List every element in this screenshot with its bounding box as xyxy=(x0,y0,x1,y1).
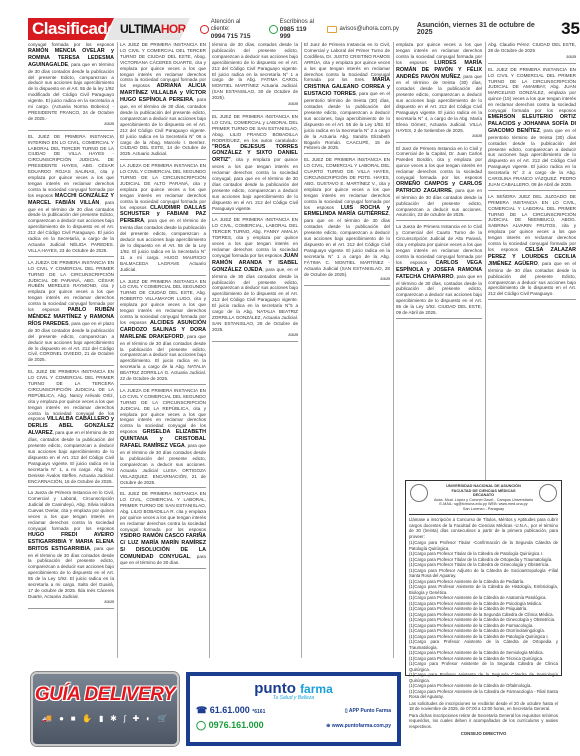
legal-notice: LA JUEZA DE PRIMERA INSTANCIA EN LO CIVI… xyxy=(120,163,206,275)
whatsapp-phone: 0985 119 999 xyxy=(280,26,318,40)
email-contact: avisos@uhora.com.py xyxy=(327,26,398,33)
shopping-bag-icon: ▮ xyxy=(99,714,103,723)
notice-text: , para que en el término de 30 días cont… xyxy=(28,546,114,599)
guia-delivery-ad[interactable]: GUÍA DELIVERY 🚚●■✋▮✱∫✚◐🛒 xyxy=(31,672,179,746)
institution-contact: E-MAIL: sg@fcmuna.edu.py WEB: www.med.un… xyxy=(433,502,534,507)
punto-farma-row-2: ◯ 0976.161.000 ⊕ www.puntofarma.com.py xyxy=(190,720,397,731)
notice-text: LA JUEZ DE PRIMERA INSTANCIA EN LO CIVIL… xyxy=(212,217,298,257)
notice-text: EL JUEZ DE PRIMERA INSTANCIA EN LO CIVIL… xyxy=(304,157,390,209)
notice-text: , para que en el término de 30 días, con… xyxy=(28,430,114,483)
notice-text: LA SEÑORA JUEZ DEL JUZGADO DE PRIMERA IN… xyxy=(488,194,576,252)
whatsapp-icon xyxy=(269,25,278,34)
notice-text: , para que en el término de 30 días cont… xyxy=(120,334,206,381)
delivery-ad-title: GUÍA DELIVERY xyxy=(33,684,177,706)
inscription-requirements: Para dichas inscripciones retirar de Sec… xyxy=(409,713,558,730)
logo-part-hora: HORA xyxy=(161,22,194,36)
position-item: (1)Cargo para Profesor Asistente de la C… xyxy=(409,689,558,700)
mail-icon xyxy=(327,26,337,33)
legal-notice: EL JUEZ DE PRIMERA INSTANCIA INTERINO EN… xyxy=(28,134,114,257)
app-label: APP Punto Farma xyxy=(349,708,391,714)
whatsapp-label: Escríbinos al xyxy=(280,19,318,26)
legal-notice: LA JUEZ DE PRIMERA INSTANCIA EN LO CIVIL… xyxy=(120,279,206,385)
position-item: (1)Cargo para Profesor Asistente de la C… xyxy=(409,617,558,623)
column-divider xyxy=(301,42,302,658)
notice-text: , para que en el plazo de 30 días contad… xyxy=(28,321,114,362)
column-1: conyugal formada por los esposos RAMÓN M… xyxy=(28,42,114,658)
institution-city: San Lorenzo - Paraguay xyxy=(433,507,534,512)
punto-farma-website: ⊕ www.puntofarma.com.py xyxy=(326,723,391,729)
position-item: (1)Cargo para Profesor Asistente de la C… xyxy=(409,628,558,634)
bag-icon: ■ xyxy=(71,714,76,723)
inscription-dates: Las solicitudes de inscripciones se reci… xyxy=(409,701,558,712)
notice-code: 2/3/25 xyxy=(28,122,114,128)
legal-notice: Abg. Claudio Pérez. CIUDAD DEL ESTE, 28 … xyxy=(488,42,576,64)
legal-notice: EL JUEZ DE PRIMERA INSTANCIA EN LO CIVIL… xyxy=(304,157,390,286)
column-divider xyxy=(209,42,210,658)
punto-farma-row-1: ☎ 61.61.000 *6161 ▯ APP Punto Farma xyxy=(190,705,397,716)
notice-text: EL JUEZ DE PRIMERA INSTANCIA EN LO CIVIL… xyxy=(120,491,206,531)
punto-farma-phone: ☎ 61.61.000 *6161 xyxy=(196,705,265,716)
legal-notice: EL JUEZ DE PRIMERA INSTANCIA EN LO CIVIL… xyxy=(212,114,298,215)
column-divider xyxy=(393,42,394,658)
brand-slogan: Tu Salud y Belleza xyxy=(190,695,397,701)
legal-notice: emplaza por quince veces a los que tenga… xyxy=(396,42,482,143)
notice-text: término de 30 días, contados desde la pu… xyxy=(212,42,298,100)
stethoscope-icon: ∫ xyxy=(124,714,126,723)
column-4: El Juez de Primera Instancia en lo Civil… xyxy=(304,42,390,658)
legal-notice: El Juez de Primera Instancia en lo Civil… xyxy=(396,146,482,222)
column-2: LA JUEZ DE PRIMERA INSTANCIA EN LO CIVIL… xyxy=(120,42,206,658)
notice-text: , para que en el término de 30 días cont… xyxy=(304,211,390,276)
notice-text: EL JUEZ DE PRIMERA INSTANCIA EN LO CIVIL… xyxy=(212,114,298,143)
column-divider xyxy=(117,42,118,658)
newspaper-logo: ULTIMAHORA xyxy=(106,18,190,40)
delivery-icon-row: 🚚●■✋▮✱∫✚◐🛒 xyxy=(33,714,177,723)
notice-text: conyugal formada por los esposos xyxy=(28,42,114,47)
legal-notice: La Jueza de Primera Instancia en lo Civi… xyxy=(28,490,114,608)
notice-text: LA JUEZA DE PRIMERA INSTANCIA EN LO CIVI… xyxy=(120,163,206,209)
position-item: (1)Cargo para Profesor Titular de la Cát… xyxy=(409,562,558,568)
notice-text: , para que en el perentorio término de t… xyxy=(488,128,576,187)
handshake-icon: ✋ xyxy=(82,714,92,723)
una-notice-intro: Llámase a inscripción a Concurso de Títu… xyxy=(409,517,558,539)
institution-name: UNIVERSIDAD NACIONAL DE ASUNCIÓN xyxy=(433,484,534,489)
legal-notice: LA JUEZA DE PRIMERA INSTANCIA EN LO CIVI… xyxy=(120,388,206,489)
notice-text: , para que, en el término de 30 días con… xyxy=(212,267,298,332)
notice-code: 2/3/25 xyxy=(396,134,482,140)
legal-notice: LA SEÑORA JUEZ DEL JUZGADO DE PRIMERA IN… xyxy=(488,194,576,300)
notice-code: 2/3/25 xyxy=(488,55,576,61)
notice-text: , para que en el término de treinta (30)… xyxy=(396,74,482,133)
faculty-seal-icon xyxy=(539,484,557,502)
punto-farma-app: ▯ APP Punto Farma xyxy=(345,708,391,714)
customer-service-label: Atención al cliente: xyxy=(211,19,259,33)
whatsapp-contact: Escríbinos al 0985 119 999 xyxy=(269,19,317,40)
position-item: (1)Cargo para Profesor Titular de la Cát… xyxy=(409,551,558,557)
logo-part-ultima: ULTIMA xyxy=(120,22,161,36)
notice-text: El Juez de Primera Instancia en lo Civil… xyxy=(396,146,482,181)
helmet-icon: ◐ xyxy=(146,714,151,723)
notice-text: , para que en el término de 30 días cont… xyxy=(28,200,114,253)
notice-text: LA JUEZA DE PRIMERA INSTANCIA EN LO CIVI… xyxy=(120,388,206,434)
brand-sub: farma xyxy=(300,682,333,696)
legal-notice: EL JUEZ DE PRIMERA INSTANCIA EN LO CIVIL… xyxy=(28,369,114,487)
notice-text: LA JUEZ DE PRIMERA INSTANCIA EN LO CIVIL… xyxy=(120,42,206,88)
notice-text: LA JUEZA DE PRIMERA INSTANCIA EN LO CIVI… xyxy=(28,260,114,312)
una-seal-icon xyxy=(410,484,428,502)
notice-text: Abg. Claudio Pérez. CIUDAD DEL ESTE, 28 … xyxy=(488,42,576,53)
position-item: (1)Cargo para Profesor Asistente de la C… xyxy=(409,584,558,595)
legal-notice: conyugal formada por los esposos RAMÓN M… xyxy=(28,42,114,131)
first-aid-icon: ✚ xyxy=(133,714,140,723)
notice-text: EL JUEZ DE PRIMERA INSTANCIA EN LO CIVIL… xyxy=(488,67,576,113)
legal-notice: EL JUEZ DE PRIMERA INSTANCIA EN LO CIVIL… xyxy=(488,67,576,191)
punto-farma-whatsapp: ◯ 0976.161.000 xyxy=(196,720,264,731)
notice-text: , para que, en el término de 30 días, co… xyxy=(120,97,206,156)
legal-notice: LA JUEZ DE PRIMERA INSTANCIA EN LO CIVIL… xyxy=(212,217,298,341)
column-3: término de 30 días, contados desde la pu… xyxy=(212,42,298,658)
email-address: avisos@uhora.com.py xyxy=(339,26,398,33)
notice-signature: CONSEJO DIRECTIVO xyxy=(409,731,558,737)
notice-text: La Jueza de Primera Instancia en lo Civi… xyxy=(28,490,114,530)
legal-notice: LA JUEZA DE PRIMERA INSTANCIA EN LO CIVI… xyxy=(28,260,114,366)
position-item: (1)Cargo para Profesor Titular -Confirma… xyxy=(409,540,558,551)
position-item: (1)Cargo para Profesor Asistente de la S… xyxy=(409,672,558,683)
notice-text: , para que en el término de 30 días cont… xyxy=(120,443,206,484)
page-number: 35 xyxy=(561,19,580,39)
cart-icon: 🛒 xyxy=(158,714,168,723)
legal-notice: LA JUEZ DE PRIMERA INSTANCIA EN LO CIVIL… xyxy=(120,42,206,160)
una-notice-header: UNIVERSIDAD NACIONAL DE ASUNCIÓN FACULTA… xyxy=(409,483,558,515)
legal-notice: El Juez de Primera Instancia en lo Civil… xyxy=(304,42,390,154)
whatsapp-number: 0976.161.000 xyxy=(209,720,264,730)
page-header: Clasificados ULTIMAHORA Atención al clie… xyxy=(28,18,580,40)
notice-text: , para que en término de 30 días contado… xyxy=(28,62,114,121)
notice-text: EL JUEZ DE PRIMERA INSTANCIA INTERINO EN… xyxy=(28,134,114,198)
section-title: Clasificados xyxy=(28,18,114,40)
legal-notice: La Jueza de Primera Instancia en lo Civi… xyxy=(396,224,482,319)
notice-text: , para que en el término de 30 días, con… xyxy=(396,274,482,315)
position-item: (1)Cargo para Profesor Asistente de la C… xyxy=(409,595,558,601)
notice-code: 2/3/25 xyxy=(212,333,298,339)
notice-text: , para que en el término de treinta días… xyxy=(120,218,206,271)
notice-text: , para que en el perentorio término de t… xyxy=(304,91,390,150)
issue-date: Asunción, viernes 31 de octubre de 2025 xyxy=(417,22,547,36)
phone-number: 61.61.000 xyxy=(210,705,250,715)
notice-code: 2/3/25 xyxy=(212,102,298,108)
phone-short: *6161 xyxy=(252,709,265,715)
una-faculty-notice: UNIVERSIDAD NACIONAL DE ASUNCIÓN FACULTA… xyxy=(405,480,562,676)
cross-icon: ✱ xyxy=(110,714,117,723)
phone-icon xyxy=(200,25,209,34)
truck-icon: 🚚 xyxy=(42,714,52,723)
legal-notice: término de 30 días, contados desde la pu… xyxy=(212,42,298,111)
position-item: (1)Cargo para Profesor Adjunto de la Cát… xyxy=(409,568,558,579)
position-item: (1)Cargo para Profesor Asistente de la C… xyxy=(409,650,558,656)
notice-text: LA JUEZ DE PRIMERA INSTANCIA EN LO CIVIL… xyxy=(120,279,206,325)
notice-text: EL JUEZ DE PRIMERA INSTANCIA EN LO CIVIL… xyxy=(28,369,114,421)
customer-service-phone: 0994 715 715 xyxy=(211,33,259,40)
website-url: www.puntofarma.com.py xyxy=(332,723,391,729)
customer-service-contact: Atención al cliente: 0994 715 715 xyxy=(200,19,259,40)
pill-icon: ● xyxy=(59,714,64,723)
punto-farma-ad[interactable]: punto farma Tu Salud y Belleza ☎ 61.61.0… xyxy=(186,672,401,746)
position-item: (1)Cargo para Profesor Asistente de la C… xyxy=(409,639,558,650)
notice-text: La Jueza de Primera Instancia en lo Civi… xyxy=(396,224,482,264)
notice-code: 2/3/25 xyxy=(304,277,390,283)
notice-text: , cita y emplaza por quince veces a los … xyxy=(212,157,298,210)
notice-code: 2/3/25 xyxy=(28,600,114,606)
position-list: (1)Cargo para Profesor Titular -Confirma… xyxy=(409,540,558,700)
position-item: (1)Cargo para Profesor Asistente de la S… xyxy=(409,661,558,672)
legal-notice: EL JUEZ DE PRIMERA INSTANCIA EN LO CIVIL… xyxy=(120,491,206,569)
